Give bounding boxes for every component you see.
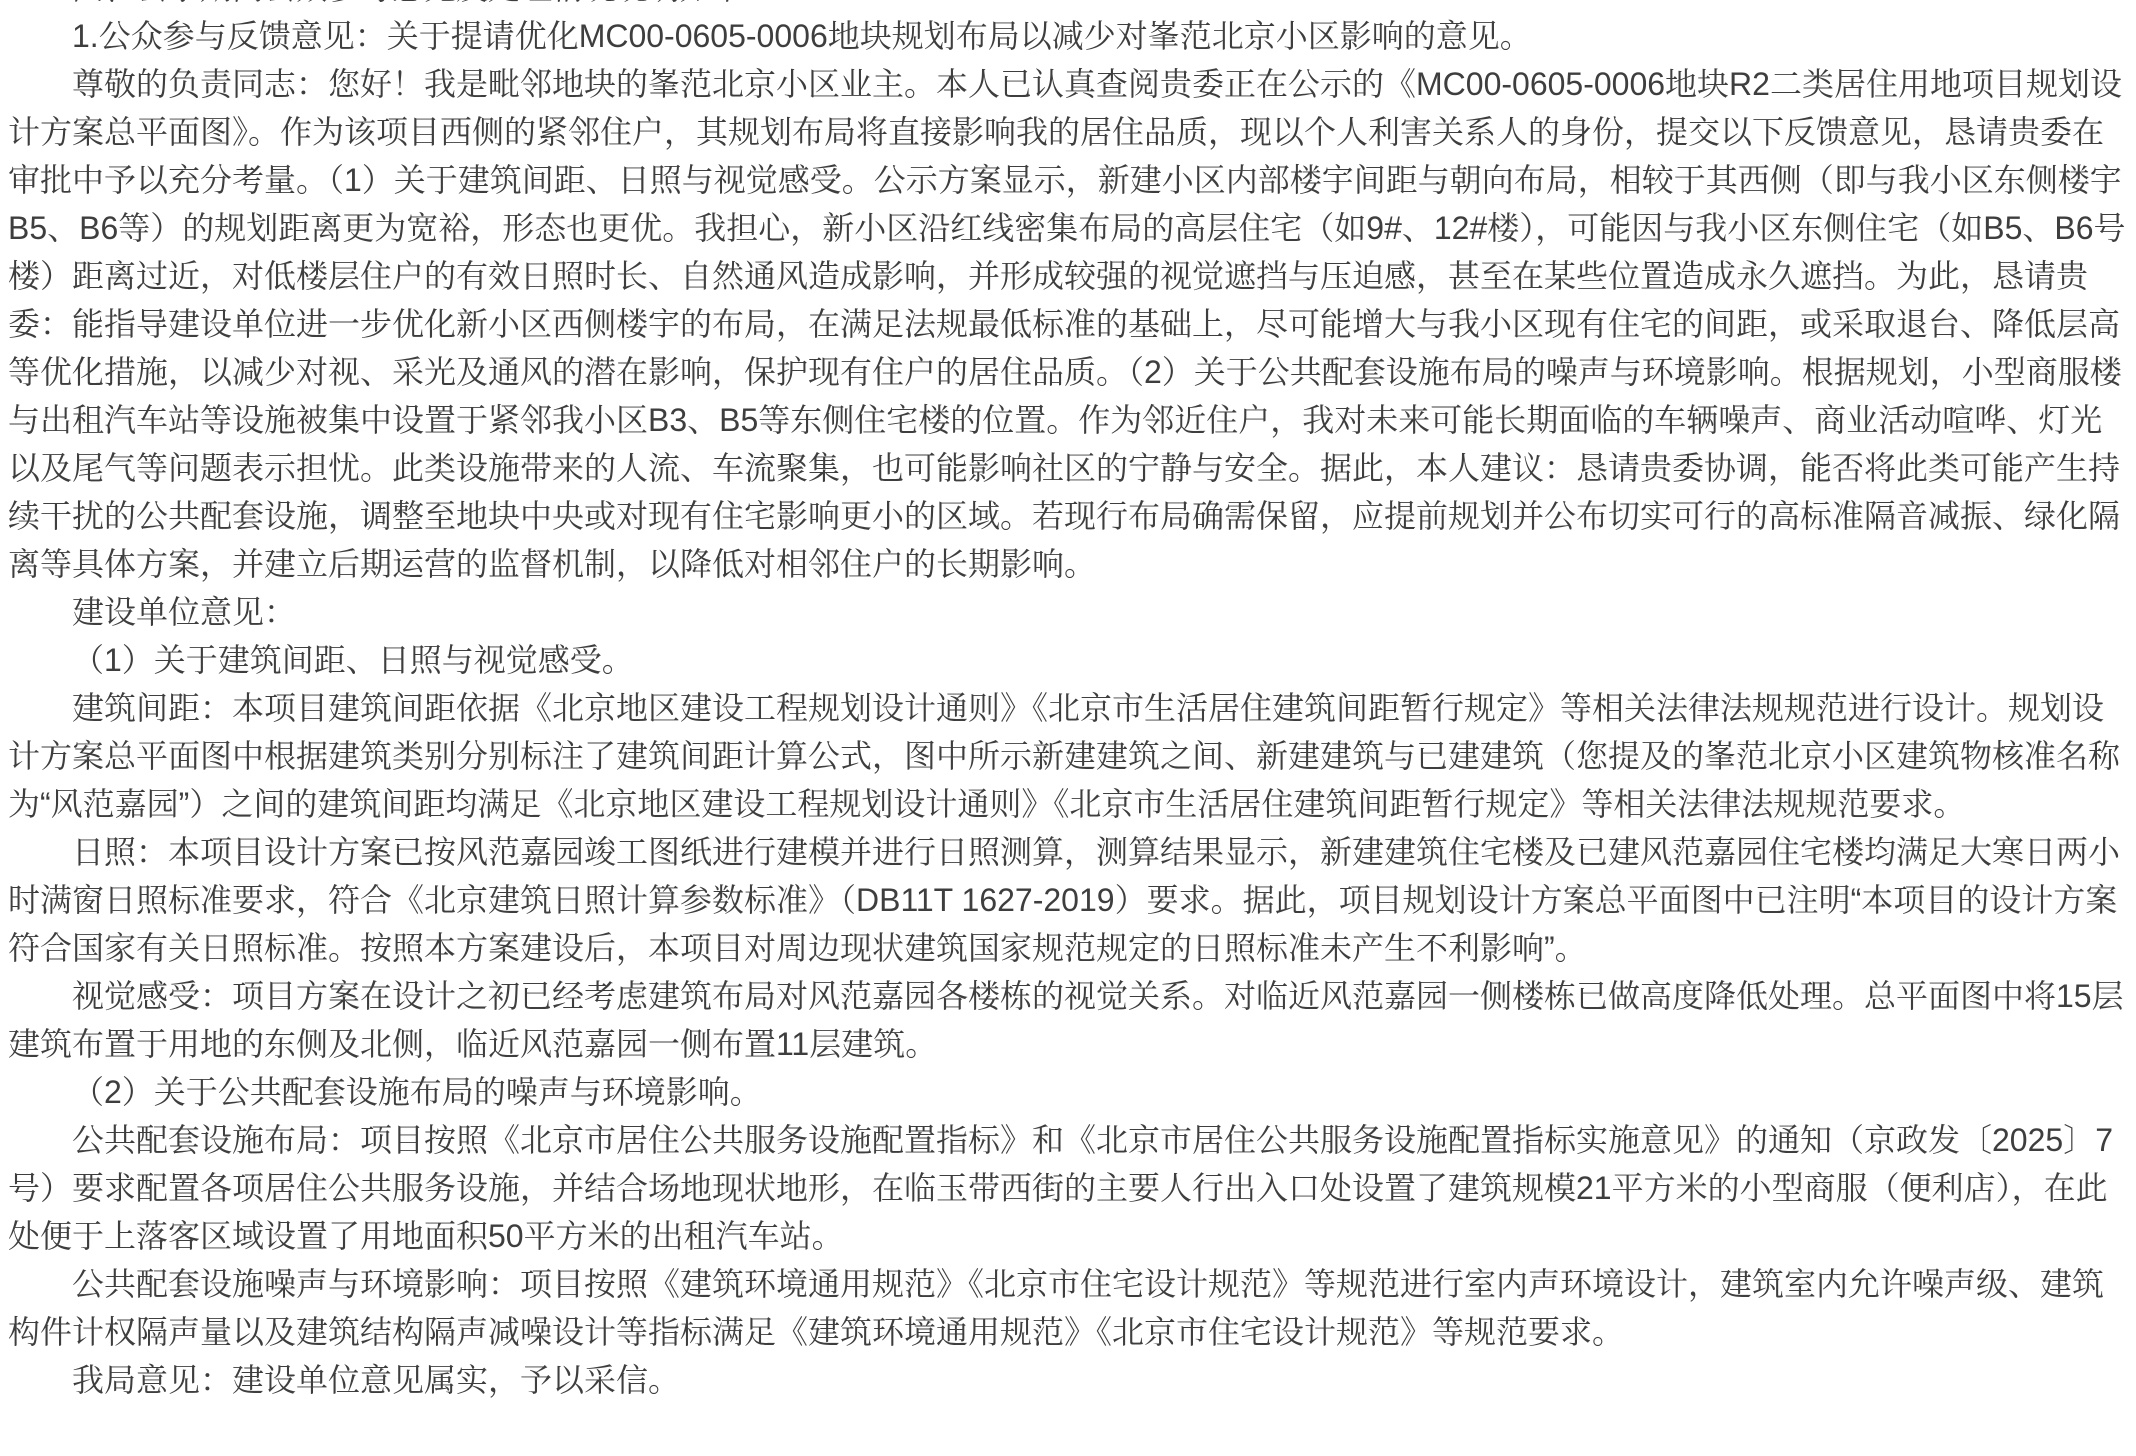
builder-sunlight-paragraph: 日照：本项目设计方案已按风范嘉园竣工图纸进行建模并进行日照测算，测算结果显示，新… bbox=[8, 828, 2130, 972]
bureau-opinion-line: 我局意见：建设单位意见属实，予以采信。 bbox=[8, 1356, 2130, 1404]
builder-point1-heading: （1）关于建筑间距、日照与视觉感受。 bbox=[8, 636, 2130, 684]
builder-facility-layout-paragraph: 公共配套设施布局：项目按照《北京市居住公共服务设施配置指标》和《北京市居住公共服… bbox=[8, 1116, 2130, 1260]
builder-spacing-paragraph: 建筑间距：本项目建筑间距依据《北京地区建设工程规划设计通则》《北京市生活居住建筑… bbox=[8, 684, 2130, 828]
builder-facility-noise-paragraph: 公共配套设施噪声与环境影响：项目按照《建筑环境通用规范》《北京市住宅设计规范》等… bbox=[8, 1260, 2130, 1356]
clipped-previous-line-container: 四、公示期间公众参与意见及处理情况说明如下： bbox=[8, 0, 2130, 12]
builder-point2-heading: （2）关于公共配套设施布局的噪声与环境影响。 bbox=[8, 1068, 2130, 1116]
clipped-previous-line: 四、公示期间公众参与意见及处理情况说明如下： bbox=[8, 0, 2130, 12]
feedback-title-line: 1.公众参与反馈意见：关于提请优化MC00-0605-0006地块规划布局以减少… bbox=[8, 12, 2130, 60]
builder-visual-paragraph: 视觉感受：项目方案在设计之初已经考虑建筑布局对风范嘉园各楼栋的视觉关系。对临近风… bbox=[8, 972, 2130, 1068]
feedback-body-paragraph: 尊敬的负责同志：您好！我是毗邻地块的峯范北京小区业主。本人已认真查阅贵委正在公示… bbox=[8, 60, 2130, 588]
builder-opinion-heading: 建设单位意见： bbox=[8, 588, 2130, 636]
document-page: 四、公示期间公众参与意见及处理情况说明如下： 1.公众参与反馈意见：关于提请优化… bbox=[0, 0, 2136, 1424]
